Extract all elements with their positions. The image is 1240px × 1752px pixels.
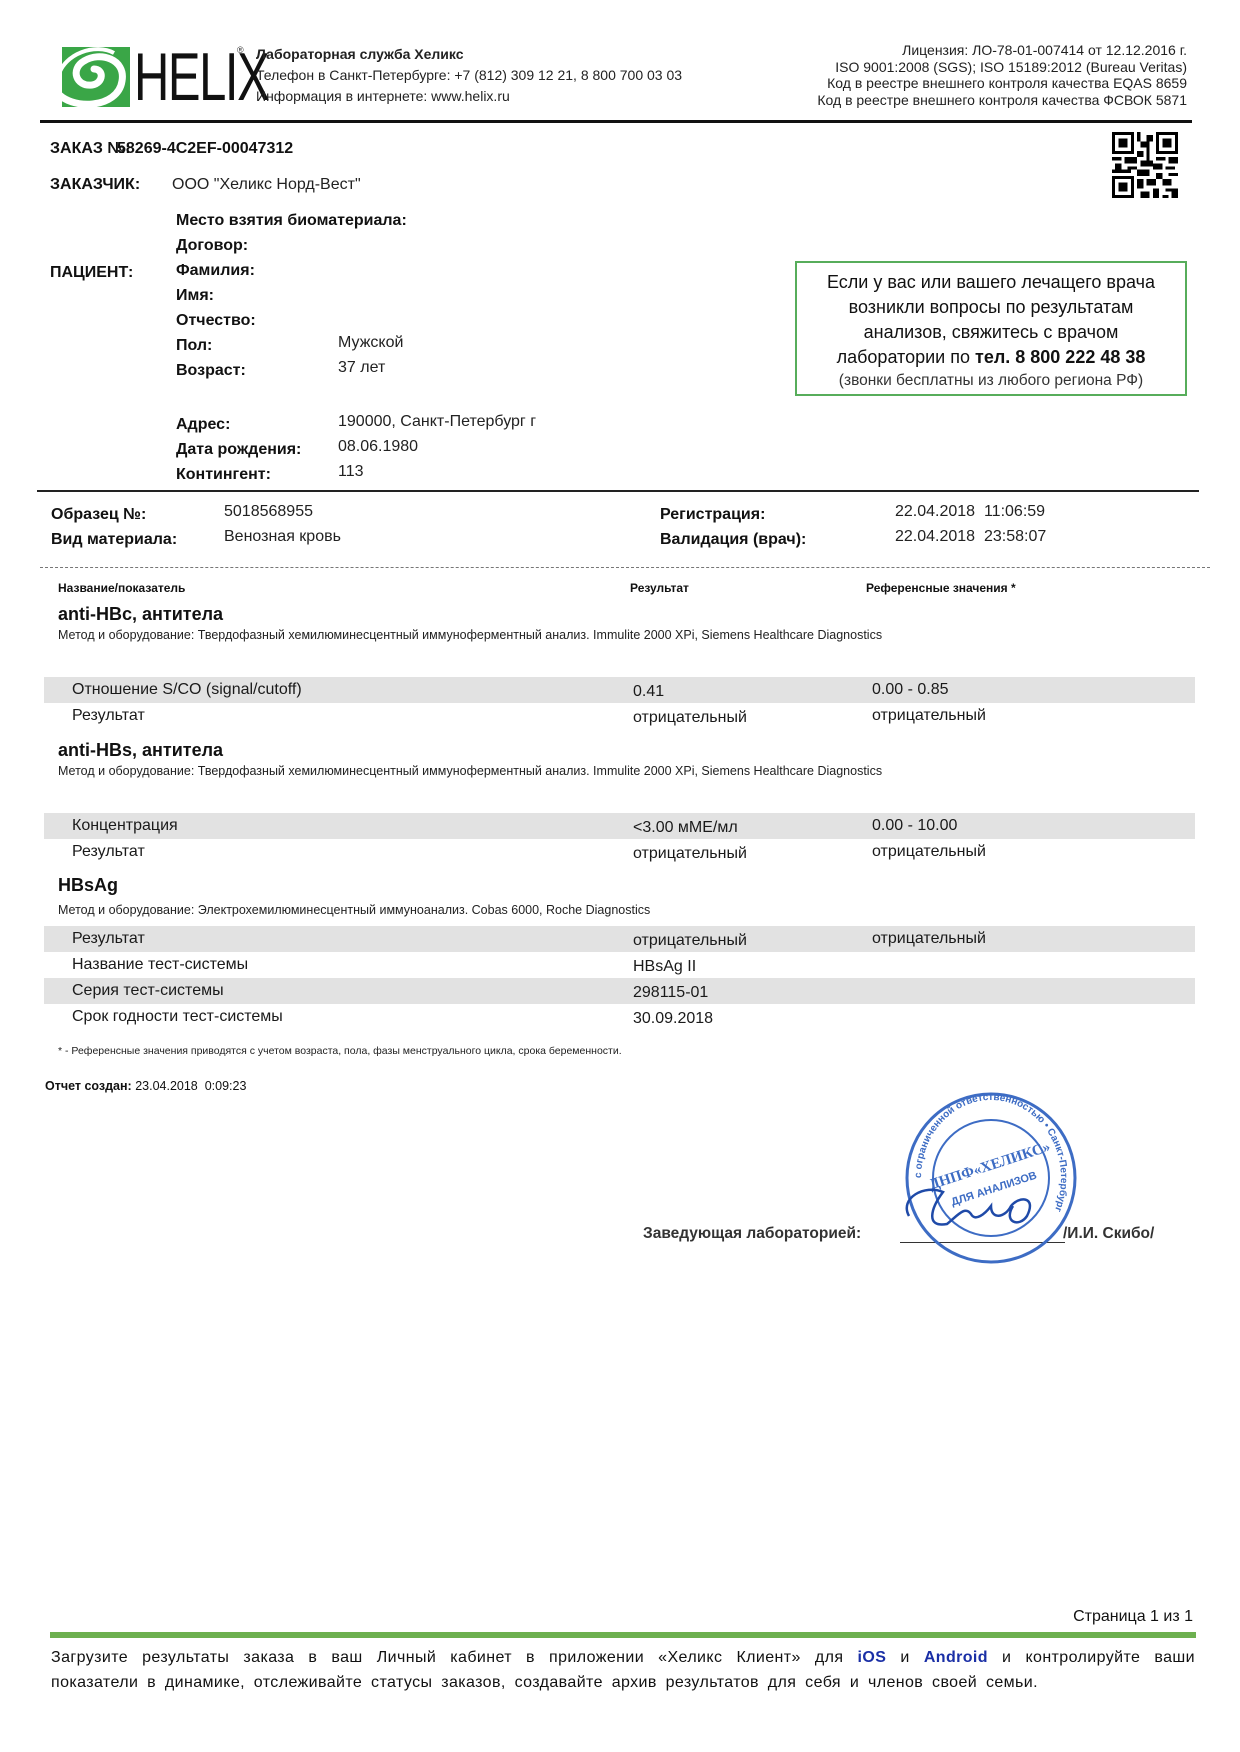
row-name: Результат xyxy=(72,707,145,725)
patient-field-label: Адрес: xyxy=(176,416,230,434)
patient-field-label: Контингент: xyxy=(176,466,271,484)
callout-phone: тел. 8 800 222 48 38 xyxy=(975,347,1145,367)
column-header-result: Результат xyxy=(630,581,689,595)
app-promo: Загрузите результаты заказа в ваш Личный… xyxy=(51,1645,1195,1695)
row-reference: отрицательный xyxy=(872,843,986,861)
table-row: Срок годности тест-системы30.09.2018 xyxy=(44,1004,1195,1030)
table-row: Концентрация<3.00 мМЕ/мл0.00 - 10.00 xyxy=(44,813,1195,839)
lab-accreditation: Лицензия: ЛО-78-01-007414 от 12.12.2016 … xyxy=(817,42,1187,108)
lab-head-label: Заведующая лабораторией: xyxy=(643,1225,861,1243)
row-reference: отрицательный xyxy=(872,930,986,948)
patient-divider xyxy=(37,490,1199,492)
brand-wordmark: HELIX xyxy=(134,40,268,114)
report-created-value: 23.04.2018 0:09:23 xyxy=(135,1079,246,1093)
column-header-reference: Референсные значения * xyxy=(866,581,1016,595)
row-result: отрицательный xyxy=(633,932,747,950)
qr-code-icon xyxy=(1112,132,1178,198)
row-name: Название тест-системы xyxy=(72,956,248,974)
report-created-label: Отчет создан: xyxy=(45,1079,132,1093)
patient-field-label: Имя: xyxy=(176,287,214,305)
lab-contact-info: Лабораторная служба Хеликс Телефон в Сан… xyxy=(256,44,682,107)
callout-line-3: анализов, свяжитесь с врачом xyxy=(797,320,1185,345)
test-group-title: anti-HBc, антитела xyxy=(58,604,223,625)
registration-value: 22.04.2018 11:06:59 xyxy=(895,503,1045,521)
patient-field-label: Место взятия биоматериала: xyxy=(176,212,407,230)
table-row: Результатотрицательныйотрицательный xyxy=(44,839,1195,865)
table-row: Серия тест-системы298115-01 xyxy=(44,978,1195,1004)
row-result: 0.41 xyxy=(633,683,664,701)
fsvok-code: Код в реестре внешнего контроля качества… xyxy=(817,92,1187,109)
header-divider xyxy=(40,120,1192,123)
eqas-code: Код в реестре внешнего контроля качества… xyxy=(817,75,1187,92)
sample-label: Образец №: xyxy=(51,506,146,524)
patient-field-label: Фамилия: xyxy=(176,262,255,280)
patient-field-value: 08.06.1980 xyxy=(338,438,418,456)
patient-field-label: Возраст: xyxy=(176,362,246,380)
row-name: Отношение S/CO (signal/cutoff) xyxy=(72,681,302,699)
test-method: Метод и оборудование: Твердофазный хемил… xyxy=(58,624,1018,646)
sample-divider xyxy=(40,567,1210,568)
table-row: Результатотрицательныйотрицательный xyxy=(44,703,1195,729)
ios-link[interactable]: iOS xyxy=(858,1649,887,1666)
material-label: Вид материала: xyxy=(51,531,177,549)
registration-label: Регистрация: xyxy=(660,506,765,524)
report-created: Отчет создан: 23.04.2018 0:09:23 xyxy=(45,1079,246,1093)
sample-number: 5018568955 xyxy=(224,503,313,521)
patient-field-label: Договор: xyxy=(176,237,248,255)
patient-field-value: 190000, Санкт-Петербург г xyxy=(338,413,536,431)
test-method: Метод и оборудование: Электрохемилюминес… xyxy=(58,899,1018,921)
callout-line-2: возникли вопросы по результатам xyxy=(797,295,1185,320)
row-name: Серия тест-системы xyxy=(72,982,224,1000)
row-result: отрицательный xyxy=(633,709,747,727)
reference-footnote: * - Референсные значения приводятся с уч… xyxy=(58,1045,622,1057)
callout-line-4: лаборатории по тел. 8 800 222 48 38 xyxy=(797,345,1185,370)
patient-label: ПАЦИЕНТ: xyxy=(50,264,133,282)
material-value: Венозная кровь xyxy=(224,528,341,546)
iso-certification: ISO 9001:2008 (SGS); ISO 15189:2012 (Bur… xyxy=(817,59,1187,76)
footer-divider xyxy=(50,1632,1196,1638)
customer-value: ООО "Хеликс Норд-Вест" xyxy=(172,176,361,194)
validation-value: 22.04.2018 23:58:07 xyxy=(895,528,1046,546)
row-reference: 0.00 - 0.85 xyxy=(872,681,949,699)
validation-label: Валидация (врач): xyxy=(660,531,806,549)
customer-label: ЗАКАЗЧИК: xyxy=(50,176,140,194)
row-name: Результат xyxy=(72,843,145,861)
lab-stamp-icon: с ограниченной ответственностью • Санкт-… xyxy=(895,1088,1087,1268)
callout-line-1: Если у вас или вашего лечащего врача xyxy=(797,270,1185,295)
row-result: отрицательный xyxy=(633,845,747,863)
patient-field-label: Пол: xyxy=(176,337,212,355)
table-row: Результатотрицательныйотрицательный xyxy=(44,926,1195,952)
table-row: Отношение S/CO (signal/cutoff)0.410.00 -… xyxy=(44,677,1195,703)
callout-note: (звонки бесплатны из любого региона РФ) xyxy=(797,370,1185,392)
patient-field-value: Мужской xyxy=(338,334,403,352)
patient-field-label: Отчество: xyxy=(176,312,256,330)
row-result: 30.09.2018 xyxy=(633,1010,713,1028)
row-result: <3.00 мМЕ/мл xyxy=(633,819,738,837)
test-group-title: anti-HBs, антитела xyxy=(58,740,223,761)
row-reference: отрицательный xyxy=(872,707,986,725)
license: Лицензия: ЛО-78-01-007414 от 12.12.2016 … xyxy=(817,42,1187,59)
row-name: Результат xyxy=(72,930,145,948)
promo-and: и xyxy=(886,1649,924,1666)
row-name: Концентрация xyxy=(72,817,178,835)
android-link[interactable]: Android xyxy=(924,1649,988,1666)
page-number: Страница 1 из 1 xyxy=(1073,1608,1193,1626)
callout-line-4-text: лаборатории по xyxy=(837,347,975,367)
promo-text-1: Загрузите результаты заказа в ваш Личный… xyxy=(51,1649,858,1666)
patient-field-label: Дата рождения: xyxy=(176,441,301,459)
row-reference: 0.00 - 10.00 xyxy=(872,817,957,835)
row-result: 298115-01 xyxy=(633,984,708,1002)
patient-field-value: 37 лет xyxy=(338,359,385,377)
test-group-title: HBsAg xyxy=(58,875,118,896)
row-result: HBsAg II xyxy=(633,958,696,976)
lab-website: Информация в интернете: www.helix.ru xyxy=(256,86,682,107)
lab-phone: Телефон в Санкт-Петербурге: +7 (812) 309… xyxy=(256,65,682,86)
table-row: Название тест-системыHBsAg II xyxy=(44,952,1195,978)
patient-field-value: 113 xyxy=(338,463,364,481)
registered-mark: ® xyxy=(237,45,244,55)
column-header-name: Название/показатель xyxy=(58,581,185,595)
doctor-contact-callout: Если у вас или вашего лечащего врача воз… xyxy=(795,261,1187,396)
lab-name: Лабораторная служба Хеликс xyxy=(256,44,682,65)
order-number: 58269-4C2EF-00047312 xyxy=(117,140,293,158)
test-method: Метод и оборудование: Твердофазный хемил… xyxy=(58,760,1018,782)
helix-logo-icon xyxy=(62,47,130,107)
row-name: Срок годности тест-системы xyxy=(72,1008,283,1026)
